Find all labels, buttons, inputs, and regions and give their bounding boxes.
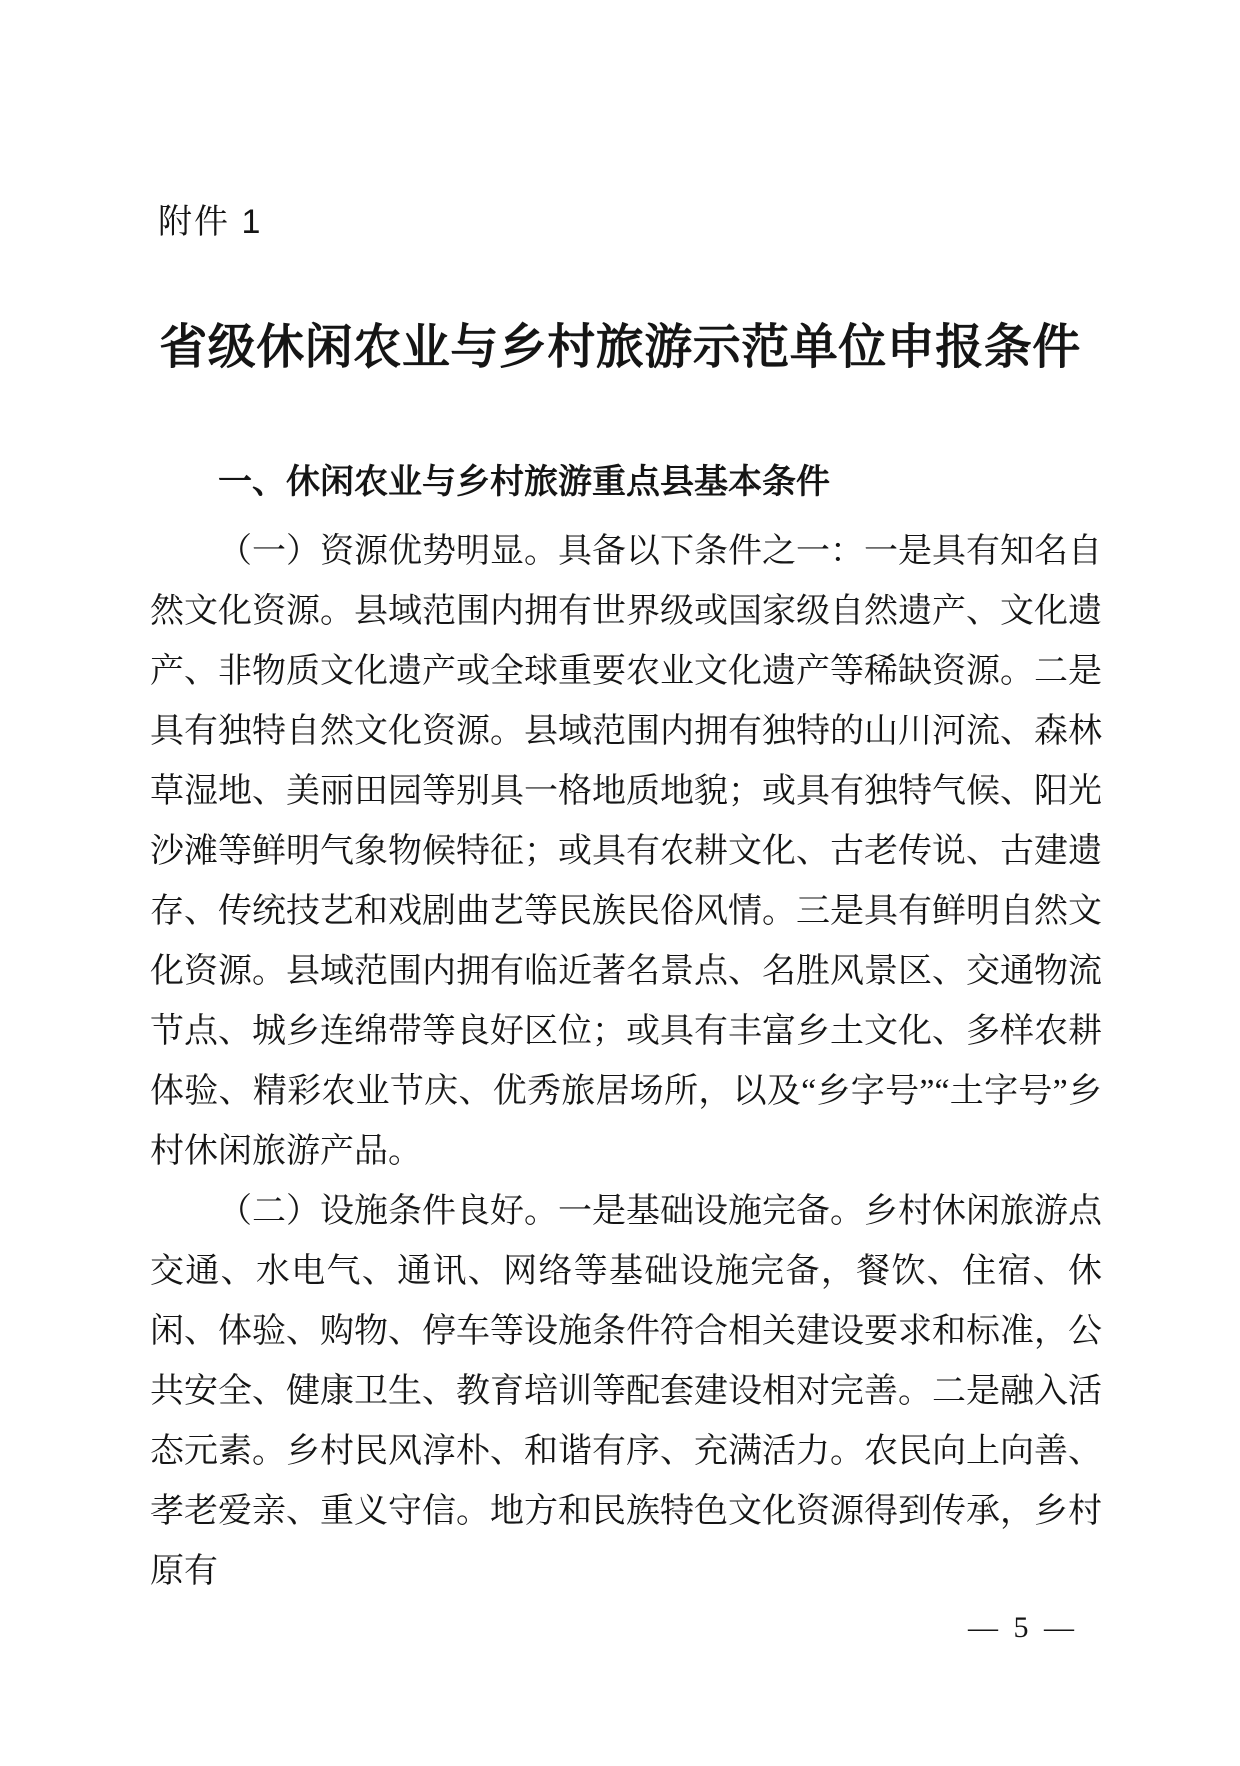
document-page: 附件 1 省级休闲农业与乡村旅游示范单位申报条件 一、休闲农业与乡村旅游重点县基… — [0, 0, 1240, 1766]
attachment-label: 附件 1 — [158, 200, 262, 244]
section-heading: 一、休闲农业与乡村旅游重点县基本条件 — [150, 458, 1100, 506]
paragraph-facility-conditions: （二）设施条件良好。一是基础设施完备。乡村休闲旅游点交通、水电气、通讯、网络等基… — [150, 1182, 1102, 1602]
page-number: — 5 — — [968, 1608, 1078, 1648]
document-body: （一）资源优势明显。具备以下条件之一：一是具有知名自然文化资源。县域范围内拥有世… — [150, 522, 1102, 1602]
paragraph-resource-advantages: （一）资源优势明显。具备以下条件之一：一是具有知名自然文化资源。县域范围内拥有世… — [150, 522, 1102, 1182]
document-title: 省级休闲农业与乡村旅游示范单位申报条件 — [0, 308, 1240, 388]
